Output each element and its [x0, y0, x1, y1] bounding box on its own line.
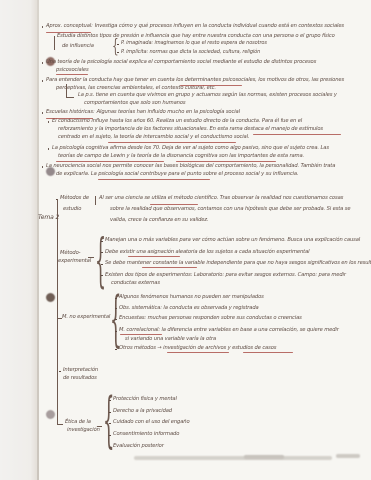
red-underline: [46, 118, 93, 119]
bracket-line: [54, 36, 55, 50]
red-underline: [167, 352, 229, 353]
note-line: Escuelas históricas:Algunas teorías han …: [46, 110, 242, 115]
note-line: Aprox. conceptual:Investiga cómo y qué p…: [46, 24, 346, 29]
note-line: Estudia distintos tipos de presión e inf…: [57, 34, 335, 39]
tree-line: [57, 424, 63, 425]
note-line: centrado en el sujeto, la teoría de inte…: [58, 135, 249, 140]
red-underline: [253, 134, 341, 135]
note-line: Evaluación posterior: [113, 444, 164, 449]
tree-label: experimental: [58, 259, 91, 264]
note-line: Derecho a la privacidad: [113, 409, 172, 414]
red-underline: [128, 256, 180, 257]
bracket-line: [66, 84, 67, 97]
red-underline: [98, 179, 210, 180]
red-underline: [243, 352, 293, 353]
punch-hole: [46, 293, 55, 302]
note-line: psicosociales: [56, 68, 89, 73]
note-line: de influencia: [62, 44, 94, 49]
note-line: valida, crece la confianza en su validez…: [110, 218, 208, 223]
red-underline: [142, 267, 197, 268]
note-line: M. correlacional: la diferencia entre va…: [119, 328, 339, 333]
note-line: La p.s. tiene en cuenta que vivimos en g…: [78, 93, 337, 98]
note-line: reforzamiento y la importancia de los fa…: [58, 127, 323, 132]
scan-smudge: [336, 454, 360, 458]
note-line: si variando una variable varía la otra: [125, 337, 216, 342]
note-line: El conductismo influye hasta los años 60…: [52, 119, 302, 124]
red-underline: [180, 85, 242, 86]
note-line: de explicarla. La psicología social cont…: [56, 172, 298, 177]
note-line: Debe existir una asignación aleatoria de…: [105, 250, 309, 255]
note-line: Consentimiento informado: [113, 432, 179, 437]
tree-label: investigación: [67, 428, 100, 433]
note-line: La psicología cognitiva afirma desde los…: [52, 146, 329, 151]
bracket-line: [66, 97, 74, 98]
tree-label: Interpretación: [63, 368, 98, 373]
note-line: Una teoría de la psicología social expli…: [46, 60, 316, 65]
red-underline: [56, 74, 88, 75]
red-underline: [120, 334, 162, 335]
section-title: Aprox. conceptual:: [46, 23, 93, 29]
note-line: Protección física y mental: [113, 397, 177, 402]
bracket-line: [95, 196, 96, 205]
note-line: teorías de campo de Lewin y la teoría de…: [58, 154, 304, 159]
red-underline: [56, 161, 164, 162]
tree-label: de resultados: [63, 376, 97, 381]
tree-line: [57, 199, 58, 425]
label-connector: [88, 257, 94, 258]
red-underline: [176, 161, 276, 162]
note-line: Obs. sistemática: la conducta es observa…: [119, 306, 259, 311]
scanned-notes-page: Aprox. conceptual:Investiga cómo y qué p…: [0, 0, 371, 480]
note-line: Cuidado con el uso del engaño: [113, 420, 190, 425]
note-line: Algunos fenómenos humanos no pueden ser …: [119, 295, 264, 300]
punch-hole: [46, 410, 55, 419]
label-connector: [58, 318, 62, 319]
red-underline: [150, 204, 198, 205]
brace-icon: {: [112, 37, 119, 56]
section-title: Escuelas históricas:: [46, 109, 95, 115]
note-text: Algunas teorías han influido mucho en la…: [97, 109, 240, 115]
paper-edge-shadow: [37, 0, 39, 480]
note-line: P. implícita: normas que dicta la socied…: [121, 50, 260, 55]
tree-label: M. no experimental: [62, 315, 110, 320]
scan-smudge: [244, 455, 284, 459]
tree-label: Ética de la: [65, 420, 91, 425]
note-line: Manejan una o más variables para ver cóm…: [105, 238, 360, 243]
note-text: Investiga cómo y qué procesos influyen e…: [95, 23, 344, 29]
note-line: Encuestas: muchas personas responden sob…: [119, 316, 302, 321]
note-line: sobre la realidad que observamos, contam…: [110, 207, 350, 212]
note-line: Existen dos tipos de experimentos: Labor…: [105, 273, 346, 278]
note-line: Otros métodos → investigación de archivo…: [119, 346, 276, 351]
note-line: Al ser una ciencia se utiliza el método …: [99, 196, 343, 201]
scanner-margin: [0, 0, 38, 480]
tree-label: Métodos de: [60, 196, 89, 201]
note-line: comportamientos que solo son humanos: [84, 101, 185, 106]
note-line: Para entender la conducta hay que tener …: [46, 78, 344, 83]
tema-label: Tema 2: [38, 215, 59, 220]
note-line: Se debe mantener constante la variable i…: [105, 261, 371, 266]
note-line: La neurociencia social nos permite conoc…: [46, 164, 335, 169]
tree-label: Método-: [60, 251, 80, 256]
red-underline: [46, 32, 91, 33]
note-line: P. imaginada: imaginamos lo que el resto…: [121, 41, 267, 46]
label-connector: [97, 426, 102, 427]
red-underline: [108, 142, 236, 143]
scan-smudge: [134, 456, 332, 460]
tree-label: estudio: [63, 207, 81, 212]
note-line: perceptivas, las creencias ambientales, …: [56, 86, 216, 91]
